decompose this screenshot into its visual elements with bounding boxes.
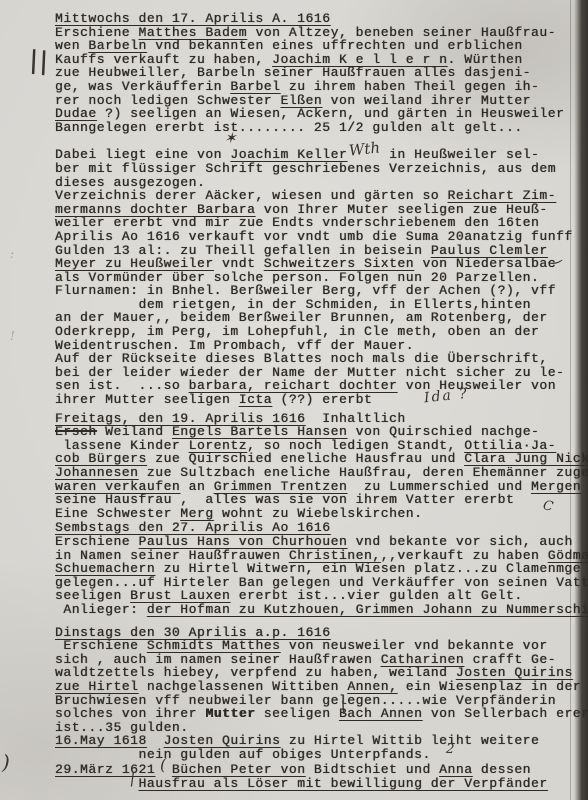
underlined-text-run: Mergen: [531, 479, 581, 494]
margin-double-slash-mark: ∖∖: [18, 47, 41, 79]
doc-line: seine Hausfrau , alles was sie von ihrem…: [55, 493, 588, 507]
doc-line: Oderkrepp, im Perg, im Lohepfuhl, in Cle…: [55, 325, 588, 339]
paragraph-block-0: Mittwochs den 17. Aprilis A. 1616Erschie…: [55, 12, 588, 134]
doc-line: ge, was Verkäufferin Barbel zu ihrem hab…: [55, 80, 588, 94]
underlined-text-run: der Hofman zu Kutzhouen, Grimmen Johann …: [147, 602, 588, 617]
doc-line: dem rietgen, in der Schmiden, in Ellerts…: [55, 298, 588, 312]
paragraph-block-2: Freitags, den 19. Aprilis 1616 Inhaltlic…: [55, 412, 588, 521]
underlined-text-run: Icta: [239, 392, 272, 407]
doc-line: Meyer zu Heußweiler vndt Schweitzers Six…: [55, 257, 588, 271]
text-run: Eine Schwester: [55, 506, 180, 521]
typewritten-text: Mittwochs den 17. Aprilis A. 1616Erschie…: [55, 12, 588, 791]
doc-line: Dinstags den 30 Aprilis a.p. 1616: [55, 626, 588, 640]
scanned-document-page: Mittwochs den 17. Aprilis A. 1616Erschie…: [0, 0, 588, 800]
asterisk-mark: ✶: [224, 131, 237, 146]
doc-line: an der Mauer,, beidem Berßweiler Brunnen…: [55, 311, 588, 325]
paragraph-block-4: Dinstags den 30 Aprilis a.p. 1616 Erschi…: [55, 626, 588, 735]
unterpfand-query-mark: 2: [446, 743, 455, 757]
emphasized-text-run: Mutter: [205, 706, 255, 721]
left-edge-paren-mark: ): [2, 752, 10, 772]
doc-line: Flurnamen: in Bnhel. Berßweiler Berg, vf…: [55, 284, 588, 298]
doc-line: ihrer Mutter seeligen Icta (??) ererbt: [55, 393, 588, 407]
doc-line: Dabei liegt eine von Joachim Keller in H…: [55, 148, 588, 162]
doc-line: Dudae ?) seeligen an Wiesen, Ackern, und…: [55, 107, 588, 121]
doc-line: Erschiene Paulus Hans von Churhouen vnd …: [55, 535, 588, 549]
doc-line: weiler ererbt vnd mir zue Endts vndersch…: [55, 216, 588, 230]
text-run: Anlieger:: [55, 602, 147, 617]
text-run: (??) ererbt: [272, 392, 372, 407]
doc-line: Sembstags den 27. Aprilis Ao 1616: [55, 521, 588, 535]
margin-speck-2: !: [10, 330, 15, 342]
underlined-text-run: Bach Annen: [339, 706, 423, 721]
margin-speck-1: :: [10, 248, 14, 260]
doc-line: seeligen Brust Lauxen ererbt ist...vier …: [55, 589, 588, 603]
doc-line: Mittwochs den 17. Aprilis A. 1616: [55, 12, 588, 26]
doc-line: Freitags, den 19. Aprilis 1616 Inhaltlic…: [55, 412, 588, 426]
doc-line: ist...35 gulden.: [55, 721, 588, 735]
doc-line: Anlieger: der Hofman zu Kutzhouen, Grimm…: [55, 603, 588, 617]
underlined-text-run: Merg: [180, 506, 213, 521]
doc-line: bei der leider wieder der Name der Mutte…: [55, 366, 588, 380]
doc-line: Auf der Rückseite dieses Blattes noch ma…: [55, 352, 588, 366]
doc-line: waren verkaufen an Grimmen Trentzen zu L…: [55, 480, 588, 494]
wirth-abbreviation: Wth: [348, 140, 381, 158]
doc-line: sich , auch im namen seiner Haußfrawen C…: [55, 653, 588, 667]
doc-line: in Namen seiner Haußfrauwen Christinen,,…: [55, 549, 588, 563]
text-run: nein gulden auf obiges Unterpfands.: [55, 747, 431, 762]
doc-line: Eine Schwester Merg wohnt zu Wiebelskirc…: [55, 507, 588, 521]
doc-line: Aprilis Ao 1616 verkauft vor vndt umb di…: [55, 230, 588, 244]
doc-line: mermanns dochter Barbara von Ihrer Muter…: [55, 203, 588, 217]
doc-line: solches von ihrer Mutter seeligen Bach A…: [55, 707, 588, 721]
text-run: Banngelegen ererbt ist........ 25 1/2 gu…: [55, 120, 523, 135]
bach-slash-mark: ∖: [336, 700, 346, 716]
doc-line: sen ist. ...so barbara, reichart dochter…: [55, 379, 588, 393]
paragraph-block-5: 16.May 1618 Josten Quirins zu Hirtel Wit…: [55, 734, 588, 761]
doc-line: Verzeichnis derer Aäcker, wiesen und gär…: [55, 189, 588, 203]
doc-line: dieses ausgezogen.: [55, 176, 588, 190]
text-run: ihrer Mutter seeligen: [55, 392, 239, 407]
doc-line: nein gulden auf obiges Unterpfands.: [55, 748, 588, 762]
doc-line: ber mit flüssiger Schrift geschriebenes …: [55, 162, 588, 176]
doc-line: Schuemachern zu Hirtel Witwern, ein Wies…: [55, 562, 588, 576]
doc-line: Erschiene Schmidts Matthes von neusweile…: [55, 639, 588, 653]
doc-line: rer noch ledigen Schwester Elßen von wei…: [55, 94, 588, 108]
doc-line: Bruchwiesen vff neubweiler bann gelegen.…: [55, 694, 588, 708]
text-run: [55, 776, 139, 791]
doc-line: wen Barbeln vnd bekannten eines uffrecht…: [55, 39, 588, 53]
doc-line: zue Heubweiller, Barbeln seiner Haußfrau…: [55, 66, 588, 80]
paragraph-block-1: Dabei liegt eine von Joachim Keller in H…: [55, 148, 588, 406]
doc-line: waldtzettels hiebey, verpfend zu haben, …: [55, 666, 588, 680]
doc-line: Johannesen zue Sultzbach eneliche Haußfr…: [55, 466, 588, 480]
underlined-text-run: Hausfrau als Löser mit bewilligung der V…: [139, 776, 548, 791]
doc-line: gelegen...uf Hirteler Ban gelegen und Ve…: [55, 576, 588, 590]
doc-line: 16.May 1618 Josten Quirins zu Hirtel Wit…: [55, 734, 588, 748]
doc-line: lassene Kinder Lorentz, so noch ledigen …: [55, 439, 588, 453]
doc-line: als Vormünder über solche person. Folgen…: [55, 271, 588, 285]
doc-line: Gulden 13 al:. zu Theill gefallen in bei…: [55, 244, 588, 258]
doc-line: Kauffs verkauft zu haben, Joachim K e l …: [55, 53, 588, 67]
buechen-paren-mark: (: [160, 757, 166, 773]
doc-line: cob Bürgers zue Quirschied eneliche Haus…: [55, 452, 588, 466]
text-run: von Sellerbach ererb: [422, 706, 588, 721]
text-run: von Heusweiler von: [397, 378, 556, 393]
text-run: seeligen: [255, 706, 339, 721]
doc-line: zue Hirtel nachgelassenen Wittiben Annen…: [55, 680, 588, 694]
doc-line: Banngelegen ererbt ist........ 25 1/2 gu…: [55, 121, 588, 135]
paragraph-block-3: Sembstags den 27. Aprilis Ao 1616Erschie…: [55, 521, 588, 616]
doc-line: Erschiene Matthes Badem von Altzey, bene…: [55, 26, 588, 40]
salbach-curve-mark: ‿: [547, 246, 562, 264]
doc-line: Ersch Weiland Engels Bartels Hansen von …: [55, 425, 588, 439]
text-run: wohnt zu Wiebelskirchen.: [214, 506, 423, 521]
doc-line: Weidentruschen. Im Prombach, vff der Mau…: [55, 339, 588, 353]
